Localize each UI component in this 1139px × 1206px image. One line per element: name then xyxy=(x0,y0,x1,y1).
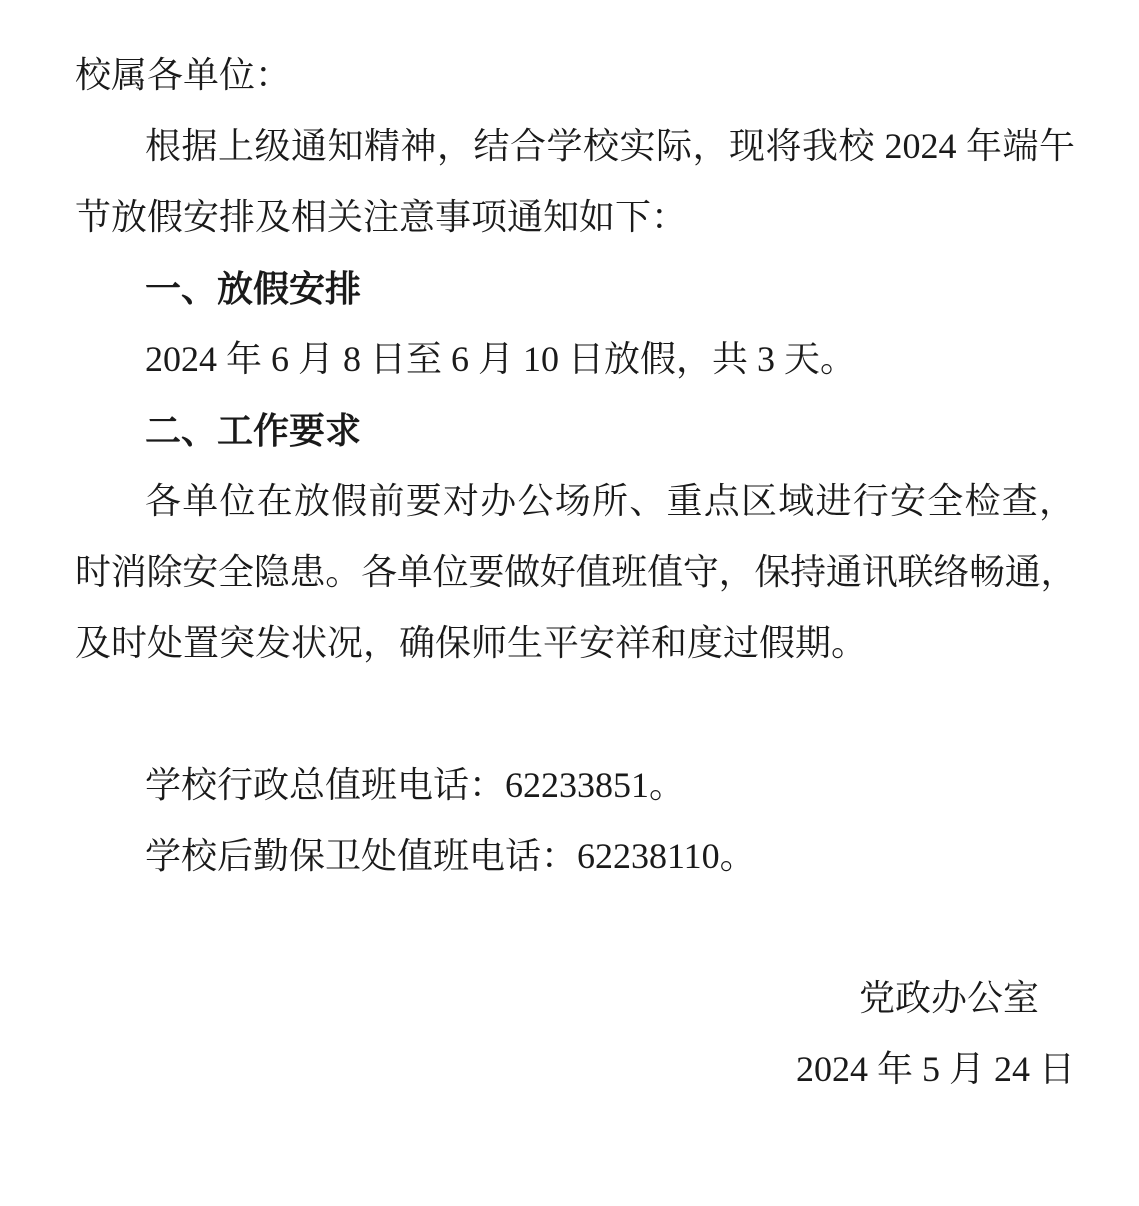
signature-organization: 党政办公室 xyxy=(75,963,1075,1034)
work-requirements-line-3: 及时处置突发状况，确保师生平安祥和度过假期。 xyxy=(75,608,1075,679)
salutation: 校属各单位： xyxy=(75,40,1075,111)
section-heading-work-requirements: 二、工作要求 xyxy=(75,395,1075,466)
blank-line xyxy=(75,892,1075,963)
blank-line xyxy=(75,679,1075,750)
signature-date: 2024 年 5 月 24 日 xyxy=(75,1034,1075,1105)
work-requirements-line-2: 时消除安全隐患。各单位要做好值班值守，保持通讯联络畅通， xyxy=(75,537,1075,608)
intro-paragraph-line-1: 根据上级通知精神，结合学校实际，现将我校 2024 年端午 xyxy=(75,111,1075,182)
section-heading-holiday-schedule: 一、放假安排 xyxy=(75,253,1075,324)
work-requirements-line-1: 各单位在放假前要对办公场所、重点区域进行安全检查，及 xyxy=(75,466,1075,537)
phone-line-admin-duty: 学校行政总值班电话：62233851。 xyxy=(75,750,1075,821)
phone-line-security-duty: 学校后勤保卫处值班电话：62238110。 xyxy=(75,821,1075,892)
holiday-notice-document: 校属各单位： 根据上级通知精神，结合学校实际，现将我校 2024 年端午 节放假… xyxy=(0,0,1139,1206)
intro-paragraph-line-2: 节放假安排及相关注意事项通知如下： xyxy=(75,182,1075,253)
holiday-dates-line: 2024 年 6 月 8 日至 6 月 10 日放假，共 3 天。 xyxy=(75,324,1075,395)
